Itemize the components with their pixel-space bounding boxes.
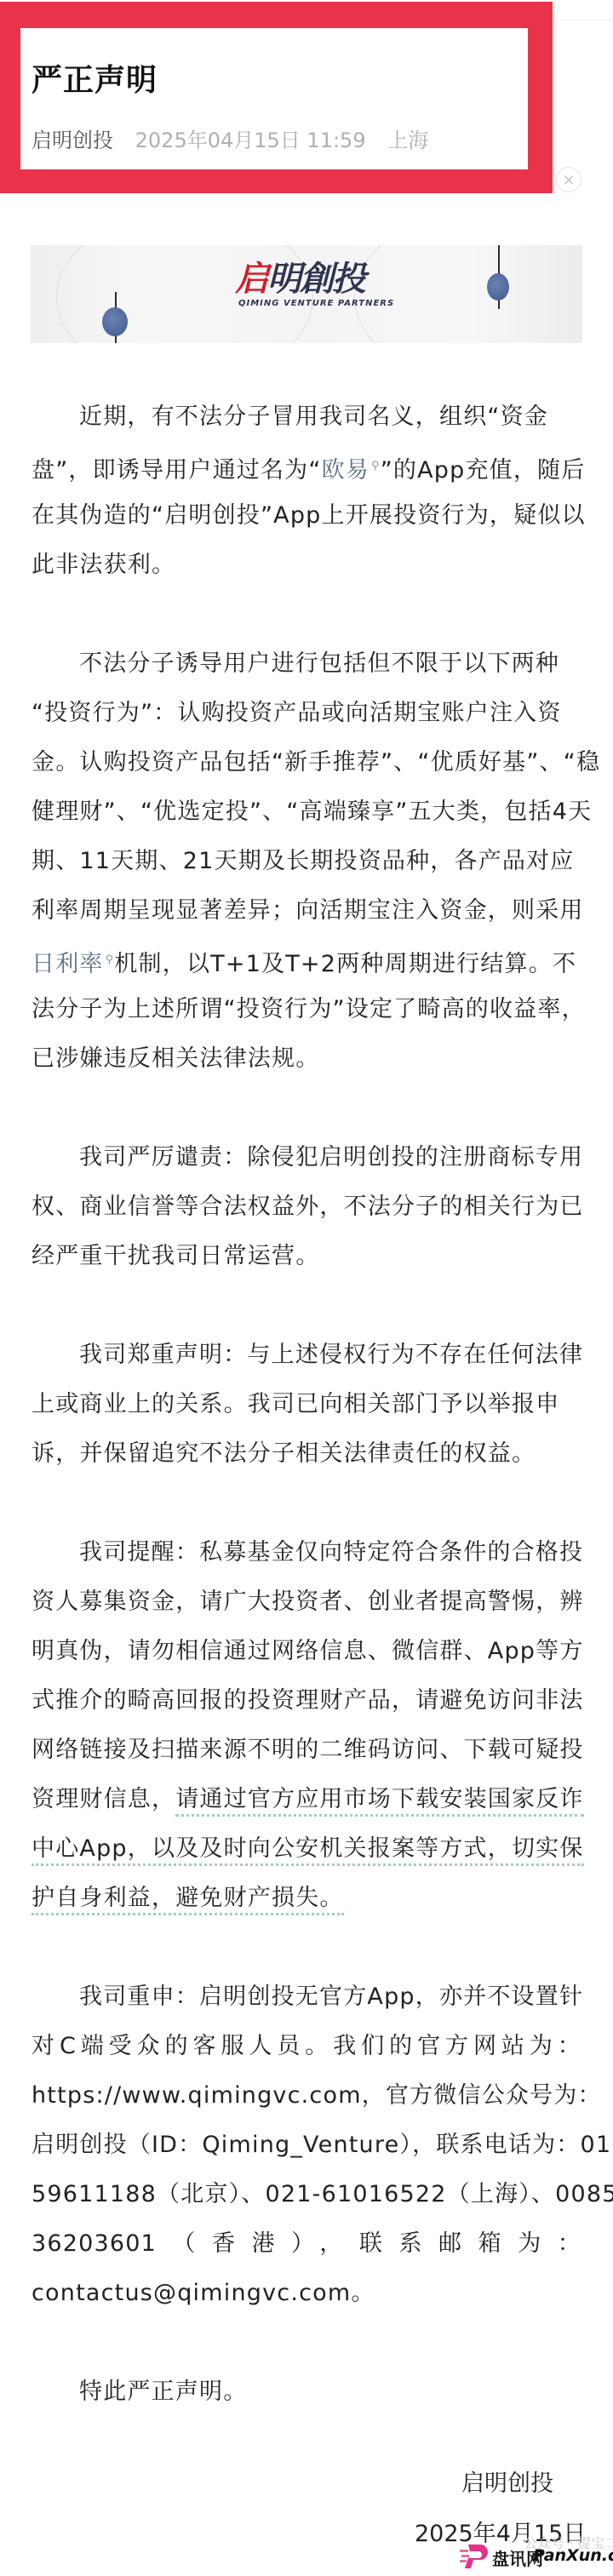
paragraph: 近期，有不法分子冒用我司名义，组织“资金盘”，即诱导用户通过名为“欧易⚲”的Ap… bbox=[32, 392, 581, 590]
text-line: 明真伪，请勿相信通过网络信息、微信群、App等方 bbox=[32, 1627, 581, 1676]
text: 利率周期呈现显著差异；向活期宝注入资金，则采用 bbox=[32, 897, 584, 924]
text: 机制，以T+1及T+2两种周期进行结算。不 bbox=[114, 951, 576, 977]
text-line: 经严重干扰我司日常运营。 bbox=[32, 1232, 581, 1281]
text: 期、11天期、21天期及长期投资品种，各产品对应 bbox=[32, 848, 575, 874]
publish-datetime: 2025年04月15日 11:59 bbox=[135, 129, 366, 152]
signature-company: 启明创投 bbox=[461, 2464, 553, 2498]
divider bbox=[553, 20, 613, 20]
text: 明真伪，请勿相信通过网络信息、微信群、App等方 bbox=[32, 1638, 584, 1664]
banner-image: 启明創投 QIMING VENTURE PARTNERS bbox=[31, 245, 582, 343]
keyword-text: 日利率 bbox=[32, 951, 104, 977]
text: “投资行为”：认购投资产品或向活期宝账户注入资 bbox=[32, 700, 562, 726]
text-line: 诉，并保留追究不法分子相关法律责任的权益。 bbox=[32, 1429, 581, 1479]
text: https://www.qimingvc.com，官方微信公众号为： bbox=[32, 2082, 602, 2109]
watermark: 公众号 · 提宝二郎 盘讯网 PanXun.cc bbox=[460, 2541, 613, 2576]
text: 36203601（香港），联系邮箱为： bbox=[32, 2230, 581, 2257]
text-line: https://www.qimingvc.com，官方微信公众号为： bbox=[32, 2071, 581, 2121]
text-line: 金。认购投资产品包括“新手推荐”、“优质好基”、“稳 bbox=[32, 738, 581, 787]
publish-location: 上海 bbox=[387, 129, 428, 152]
text-line: 权、商业信誉等合法权益外，不法分子的相关行为已 bbox=[32, 1182, 581, 1232]
logo-text: 启明創投 bbox=[235, 252, 364, 301]
text-line: 我司提醒：私募基金仅向特定符合条件的合格投 bbox=[32, 1528, 581, 1577]
text-line: 法分子为上述所谓“投资行为”设定了畸高的收益率， bbox=[32, 985, 581, 1034]
text-line: 近期，有不法分子冒用我司名义，组织“资金 bbox=[32, 392, 581, 442]
text: 不法分子诱导用户进行包括但不限于以下两种 bbox=[79, 650, 559, 677]
text-line: 已涉嫌违反相关法律法规。 bbox=[32, 1034, 581, 1084]
text: 59611188（北京）、021-61016522（上海）、00852- bbox=[32, 2181, 613, 2207]
text-line: 期、11天期、21天期及长期投资品种，各产品对应 bbox=[32, 837, 581, 886]
text-line: 上或商业上的关系。我司已向相关部门予以举报申 bbox=[32, 1380, 581, 1429]
paragraph: 我司重申：启明创投无官方App，亦并不设置针对C端受众的客服人员。我们的官方网站… bbox=[32, 1972, 581, 2318]
text-line: 在其伪造的“启明创投”App上开展投资行为，疑似以 bbox=[32, 491, 581, 541]
text: ”的App充值，随后 bbox=[381, 457, 586, 484]
keyword-search-link[interactable]: 日利率⚲ bbox=[32, 951, 114, 977]
panxun-logo-icon bbox=[460, 2543, 489, 2570]
text-line: 健理财”、“优选定投”、“高端臻享”五大类，包括4天 bbox=[32, 787, 581, 837]
text-line: 我司郑重声明：与上述侵权行为不存在任何法律 bbox=[32, 1331, 581, 1380]
paragraph: 我司严厉谴责：除侵犯启明创投的注册商标专用权、商业信誉等合法权益外，不法分子的相… bbox=[32, 1133, 581, 1281]
text: 法分子为上述所谓“投资行为”设定了畸高的收益率， bbox=[32, 996, 586, 1022]
text: 资理财信息， bbox=[32, 1786, 175, 1812]
page-title: 严正声明 bbox=[32, 56, 158, 100]
text: 上或商业上的关系。我司已向相关部门予以举报申 bbox=[32, 1391, 559, 1417]
text: 式推介的畸高回报的投资理财产品，请避免访问非法 bbox=[32, 1687, 584, 1714]
keyword-text: 欧易 bbox=[322, 457, 370, 484]
text-line: 资人募集资金，请广大投资者、创业者提高警惕，辨 bbox=[32, 1577, 581, 1627]
paragraph: 特此严正声明。 bbox=[32, 2367, 581, 2417]
text: 权、商业信誉等合法权益外，不法分子的相关行为已 bbox=[32, 1194, 584, 1220]
text-line: 盘”，即诱导用户通过名为“欧易⚲”的App充值，随后 bbox=[32, 442, 581, 491]
text-line: contactus@qimingvc.com。 bbox=[32, 2269, 581, 2318]
text: 我司郑重声明：与上述侵权行为不存在任何法律 bbox=[79, 1342, 583, 1368]
author-name[interactable]: 启明创投 bbox=[32, 129, 113, 152]
article-body: 近期，有不法分子冒用我司名义，组织“资金盘”，即诱导用户通过名为“欧易⚲”的Ap… bbox=[32, 392, 581, 2466]
keyword-search-link[interactable]: 欧易⚲ bbox=[322, 457, 381, 484]
text: 已涉嫌违反相关法律法规。 bbox=[32, 1045, 319, 1072]
text-line: 护自身利益，避免财产损失。 bbox=[32, 1874, 581, 1923]
text: 我司提醒：私募基金仅向特定符合条件的合格投 bbox=[79, 1539, 583, 1566]
text: 我司严厉谴责：除侵犯启明创投的注册商标专用 bbox=[79, 1144, 583, 1171]
paragraph: 不法分子诱导用户进行包括但不限于以下两种“投资行为”：认购投资产品或向活期宝账户… bbox=[32, 639, 581, 1084]
company-logo: 启明創投 QIMING VENTURE PARTNERS bbox=[235, 252, 422, 337]
watermark-en: PanXun.cc bbox=[533, 2546, 613, 2565]
text: 健理财”、“优选定投”、“高端臻享”五大类，包括4天 bbox=[32, 799, 592, 825]
text-line: 对C端受众的客服人员。我们的官方网站为： bbox=[32, 2022, 581, 2071]
highlighted-text: 护自身利益，避免财产损失。 bbox=[32, 1885, 344, 1915]
text: 经严重干扰我司日常运营。 bbox=[32, 1243, 319, 1269]
close-icon[interactable]: × bbox=[556, 167, 581, 192]
text-line: 我司严厉谴责：除侵犯启明创投的注册商标专用 bbox=[32, 1133, 581, 1182]
text: 启明创投（ID：Qiming_Venture），联系电话为：010- bbox=[32, 2132, 613, 2158]
text-line: 式推介的畸高回报的投资理财产品，请避免访问非法 bbox=[32, 1676, 581, 1726]
text: 在其伪造的“启明创投”App上开展投资行为，疑似以 bbox=[32, 502, 586, 529]
paragraph: 我司提醒：私募基金仅向特定符合条件的合格投资人募集资金，请广大投资者、创业者提高… bbox=[32, 1528, 581, 1923]
text: 近期，有不法分子冒用我司名义，组织“资金 bbox=[79, 404, 548, 430]
text: 金。认购投资产品包括“新手推荐”、“优质好基”、“稳 bbox=[32, 749, 600, 776]
logo-subtitle: QIMING VENTURE PARTNERS bbox=[238, 299, 394, 308]
text-line: 不法分子诱导用户进行包括但不限于以下两种 bbox=[32, 639, 581, 689]
text: 资人募集资金，请广大投资者、创业者提高警惕，辨 bbox=[32, 1589, 584, 1615]
text-line: 利率周期呈现显著差异；向活期宝注入资金，则采用 bbox=[32, 886, 581, 936]
decorative-ball bbox=[487, 273, 509, 301]
text-line: 此非法获利。 bbox=[32, 541, 581, 590]
paragraph: 我司郑重声明：与上述侵权行为不存在任何法律上或商业上的关系。我司已向相关部门予以… bbox=[32, 1331, 581, 1479]
text: 盘”，即诱导用户通过名为“ bbox=[32, 457, 322, 484]
text: 此非法获利。 bbox=[32, 552, 175, 578]
text-line: “投资行为”：认购投资产品或向活期宝账户注入资 bbox=[32, 689, 581, 738]
text-line: 启明创投（ID：Qiming_Venture），联系电话为：010- bbox=[32, 2121, 581, 2170]
decorative-ball bbox=[102, 307, 128, 336]
text-line: 网络链接及扫描来源不明的二维码访问、下载可疑投 bbox=[32, 1726, 581, 1775]
text-line: 59611188（北京）、021-61016522（上海）、00852- bbox=[32, 2170, 581, 2219]
text: 对C端受众的客服人员。我们的官方网站为： bbox=[32, 2033, 581, 2059]
article-header: 严正声明 启明创投 2025年04月15日 11:59 上海 bbox=[20, 28, 528, 169]
text: 诉，并保留追究不法分子相关法律责任的权益。 bbox=[32, 1440, 536, 1467]
search-icon: ⚲ bbox=[106, 953, 115, 966]
text: 特此严正声明。 bbox=[79, 2379, 247, 2405]
highlighted-text: 中心App，以及及时向公安机关报案等方式，切实保 bbox=[32, 1835, 584, 1866]
text-line: 资理财信息，请通过官方应用市场下载安装国家反诈 bbox=[32, 1775, 581, 1824]
article-meta: 启明创投 2025年04月15日 11:59 上海 bbox=[32, 123, 428, 153]
text-line: 36203601（香港），联系邮箱为： bbox=[32, 2219, 581, 2269]
highlight-frame: 严正声明 启明创投 2025年04月15日 11:59 上海 bbox=[0, 2, 553, 193]
text-line: 中心App，以及及时向公安机关报案等方式，切实保 bbox=[32, 1824, 581, 1874]
highlighted-text: 请通过官方应用市场下载安装国家反诈 bbox=[175, 1786, 583, 1817]
text-line: 日利率⚲机制，以T+1及T+2两种周期进行结算。不 bbox=[32, 936, 581, 985]
text-line: 我司重申：启明创投无官方App，亦并不设置针 bbox=[32, 1972, 581, 2022]
text-line: 特此严正声明。 bbox=[32, 2367, 581, 2417]
text: 我司重申：启明创投无官方App，亦并不设置针 bbox=[79, 1984, 583, 2010]
search-icon: ⚲ bbox=[371, 460, 381, 472]
text: contactus@qimingvc.com。 bbox=[32, 2280, 375, 2306]
text: 网络链接及扫描来源不明的二维码访问、下载可疑投 bbox=[32, 1737, 584, 1763]
